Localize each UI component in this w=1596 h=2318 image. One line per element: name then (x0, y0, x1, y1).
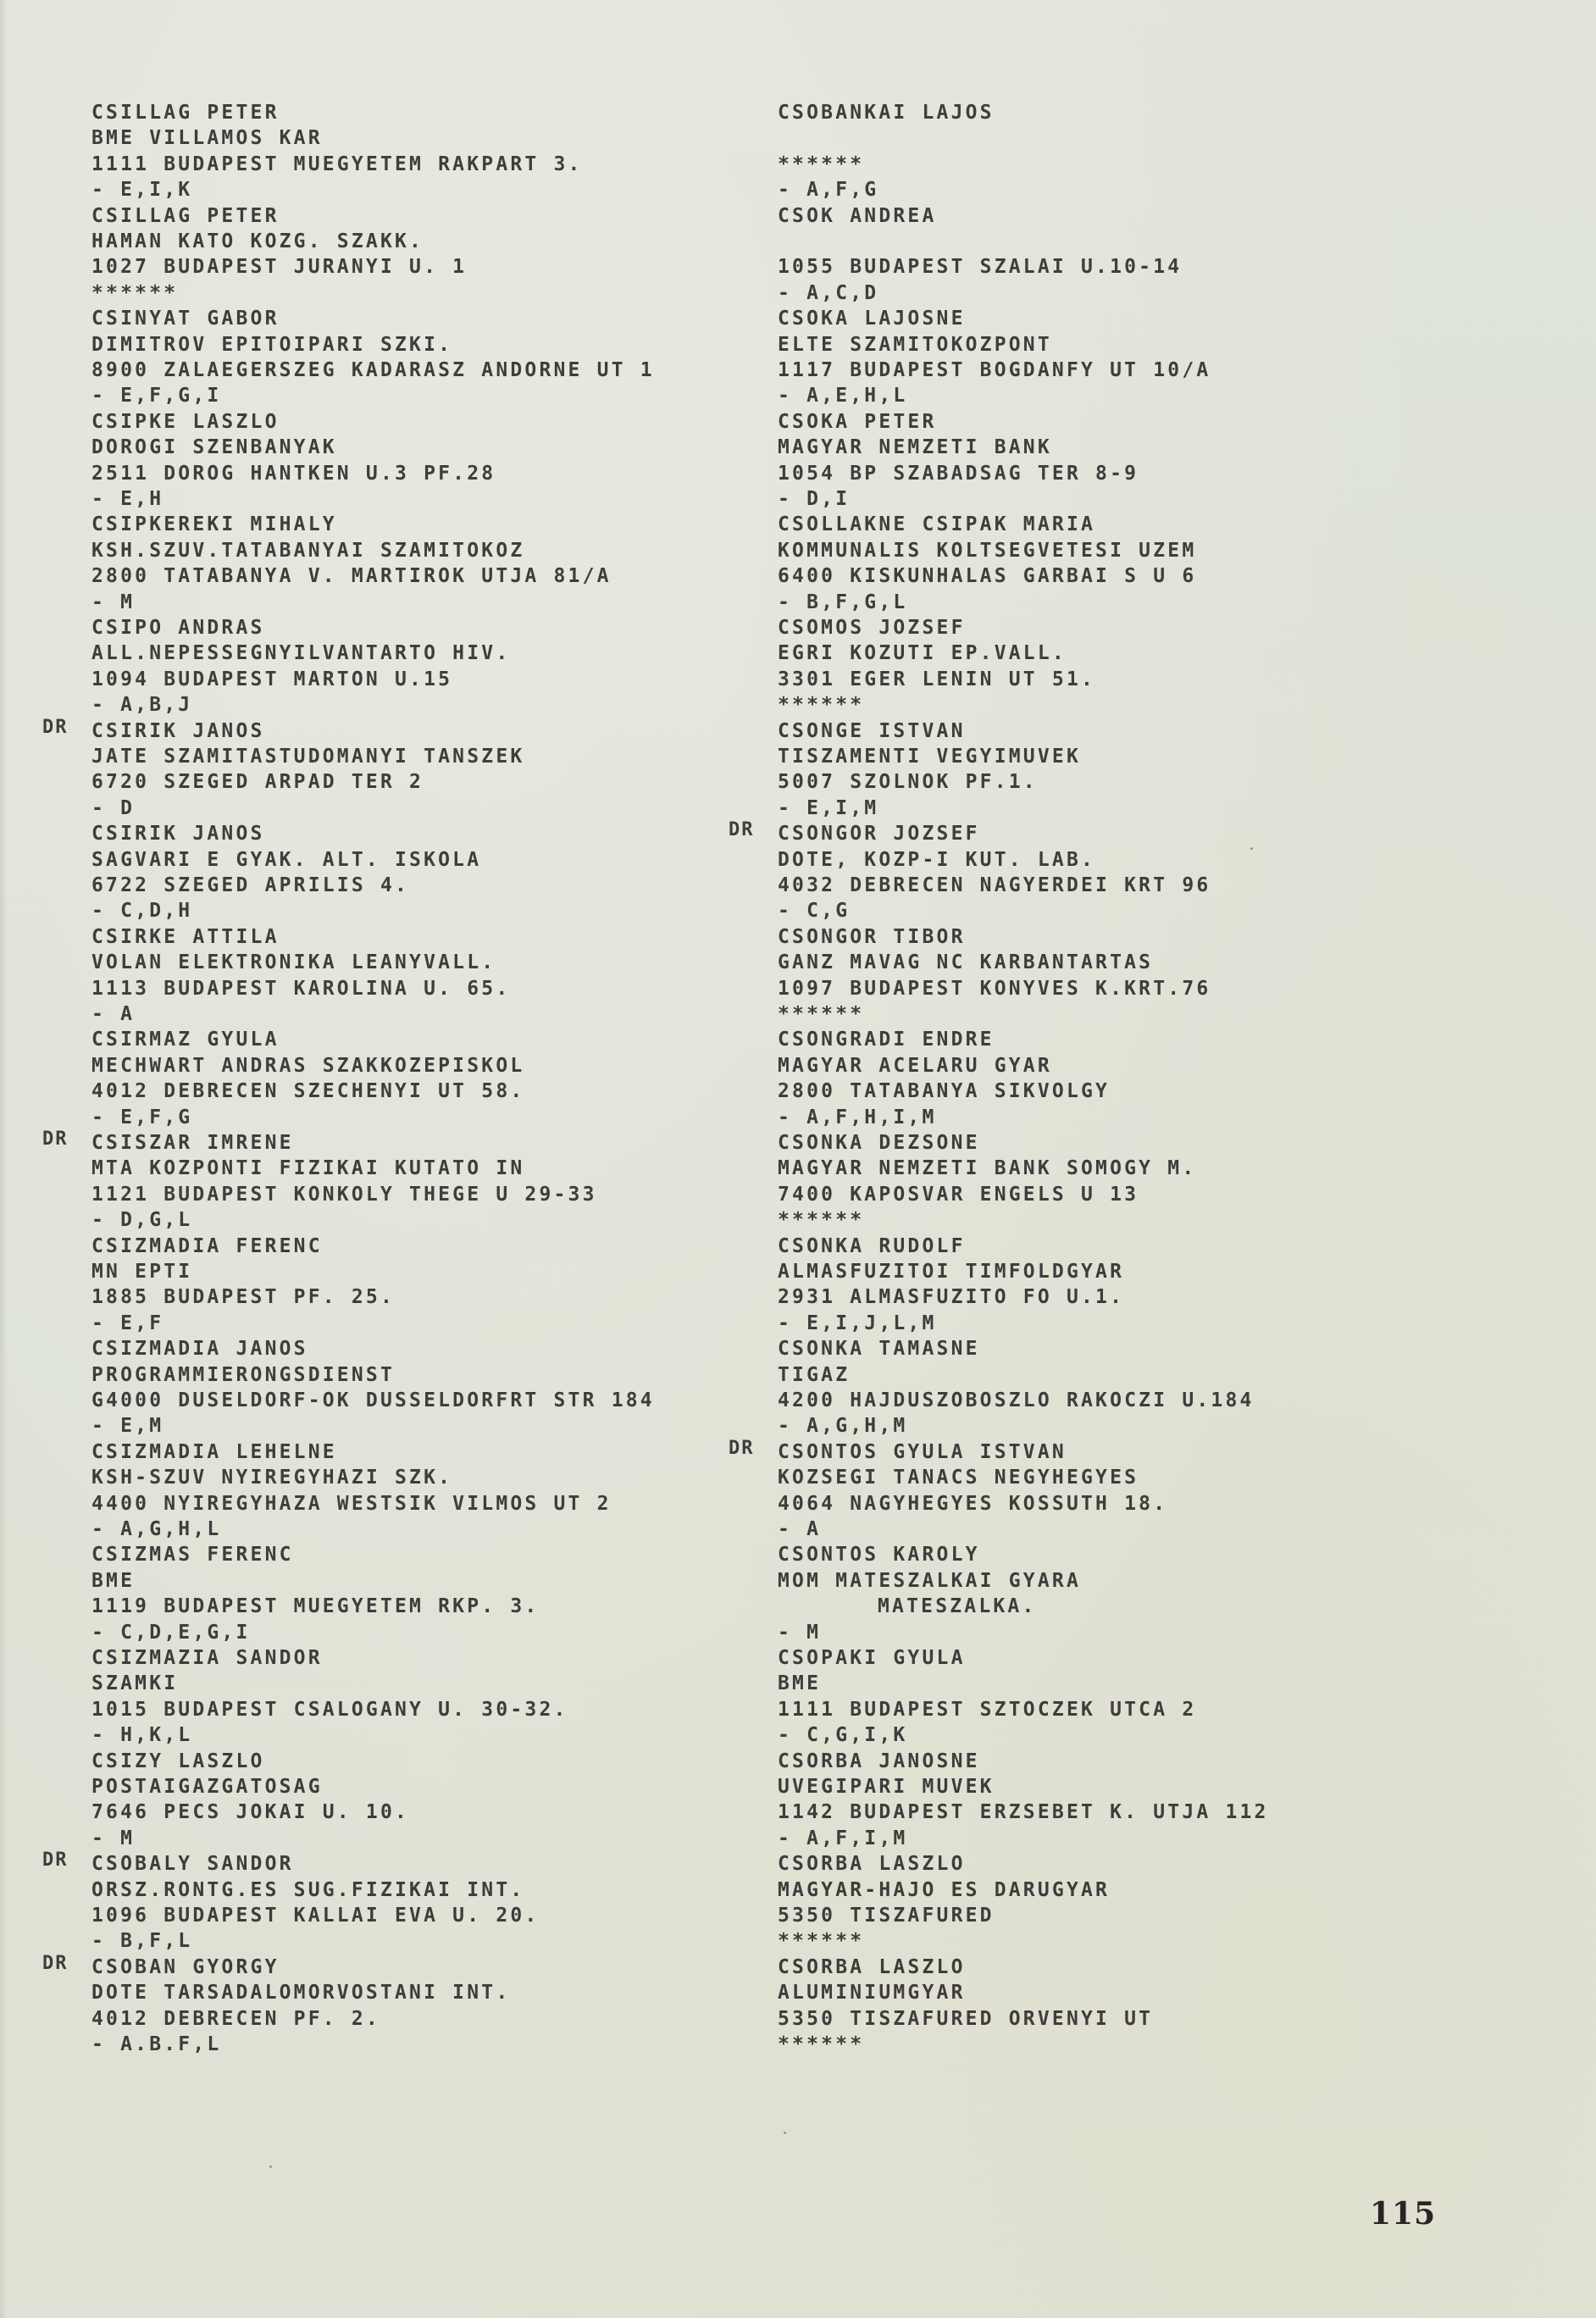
entry-text: 6400 KISKUNHALAS GARBAI S U 6 (778, 565, 1196, 587)
entry-text: CSIZMADIA JANOS (91, 1338, 308, 1360)
entry-line: SZAMKI (91, 1671, 178, 1696)
entry-text: - A,G,H,M (778, 1415, 907, 1437)
entry-line: 5350 TISZAFURED (778, 1903, 995, 1928)
entry-text: KOMMUNALIS KOLTSEGVETESI UZEM (778, 540, 1196, 562)
entry-text: CSOPAKI GYULA (778, 1647, 966, 1669)
entry-category-codes: - A,G,H,M (778, 1413, 907, 1439)
entry-text: TIGAZ (778, 1364, 850, 1386)
entry-text: - A.B.F,L (91, 2033, 221, 2055)
entry-category-codes: - E,I,J,L,M (778, 1311, 937, 1336)
entry-line: 1096 BUDAPEST KALLAI EVA U. 20. (91, 1903, 539, 1928)
entry-text: CSIRIK JANOS (91, 823, 265, 845)
entry-category-codes: - A,G,H,L (91, 1517, 221, 1542)
entry-text: ****** (778, 1930, 864, 1952)
entry-text: CSOBANKAI LAJOS (778, 102, 995, 124)
entry-text: MAGYAR-HAJO ES DARUGYAR (778, 1879, 1110, 1901)
entry-line: ALL.NEPESSEGNYILVANTARTO HIV. (91, 640, 510, 666)
entry-text: - D,G,L (91, 1209, 192, 1231)
entry-text: ****** (778, 694, 864, 716)
entry-text: DIMITROV EPITOIPARI SZKI. (91, 334, 452, 356)
entry-category-codes: - A,C,D (778, 280, 878, 306)
entry-line: CSONGOR TIBOR (778, 924, 966, 950)
entry-text: - H,K,L (91, 1724, 192, 1746)
entry-line: 1055 BUDAPEST SZALAI U.10-14 (778, 254, 1182, 280)
entry-line: BME VILLAMOS KAR (91, 125, 323, 151)
entry-line: CSORBA LASZLO (778, 1851, 966, 1877)
entry-line: ELTE SZAMITOKOZPONT (778, 332, 1052, 358)
entry-line: CSIZMADIA JANOS (91, 1336, 308, 1361)
entry-line: DRCSONGOR JOZSEF (778, 821, 980, 846)
entry-line: KOZSEGI TANACS NEGYHEGYES (778, 1465, 1139, 1490)
entry-line: CSONGE ISTVAN (778, 718, 966, 744)
entry-category-codes: - D,I (778, 486, 850, 512)
entry-text: - E,I,M (778, 797, 878, 819)
entry-text: 2931 ALMASFUZITO FO U.1. (778, 1286, 1124, 1308)
entry-text: CSONGOR JOZSEF (778, 823, 980, 845)
entry-line: CSONTOS KAROLY (778, 1542, 980, 1567)
entry-line: MAGYAR-HAJO ES DARUGYAR (778, 1877, 1110, 1903)
entry-text: ****** (778, 1003, 864, 1025)
entry-text: CSORBA JANOSNE (778, 1750, 980, 1772)
entry-line: KOMMUNALIS KOLTSEGVETESI UZEM (778, 538, 1196, 563)
entry-line: CSONKA TAMASNE (778, 1336, 980, 1361)
entry-text: 1015 BUDAPEST CSALOGANY U. 30-32. (91, 1699, 568, 1721)
entry-text: MTA KOZPONTI FIZIKAI KUTATO IN (91, 1157, 524, 1179)
entry-line: 7646 PECS JOKAI U. 10. (91, 1799, 409, 1825)
entry-line: DRCSIRIK JANOS (91, 718, 265, 744)
entry-category-codes: - C,D,H (91, 898, 192, 923)
entry-line: CSIPKEREKI MIHALY (91, 512, 337, 537)
title-prefix: DR (42, 1127, 69, 1152)
entry-text: 1096 BUDAPEST KALLAI EVA U. 20. (91, 1905, 539, 1927)
entry-text: - D (91, 797, 135, 819)
entry-text: G4000 DUSELDORF-OK DUSSELDORFRT STR 184 (91, 1389, 655, 1411)
entry-text: 1111 BUDAPEST MUEGYETEM RAKPART 3. (91, 153, 583, 175)
entry-category-codes: - A,F,H,I,M (778, 1105, 937, 1130)
entry-text: BME VILLAMOS KAR (91, 127, 323, 149)
entry-text: - A,G,H,L (91, 1518, 221, 1540)
entry-text: CSOBALY SANDOR (91, 1853, 294, 1875)
entry-text: - E,F,G,I (91, 385, 221, 407)
entry-line: CSILLAG PETER (91, 100, 280, 125)
entry-line: G4000 DUSELDORF-OK DUSSELDORFRT STR 184 (91, 1388, 655, 1413)
entry-line: PROGRAMMIERONGSDIENST (91, 1362, 395, 1388)
entry-separator: ****** (778, 1928, 864, 1954)
entry-text: - E,F,G (91, 1106, 192, 1128)
entry-line: MOM MATESZALKAI GYARA (778, 1568, 1081, 1594)
entry-text: CSOMOS JOZSEF (778, 617, 966, 639)
entry-text: ALUMINIUMGYAR (778, 1982, 966, 2004)
entry-text: - E,H (91, 488, 163, 510)
entry-text: CSOKA LAJOSNE (778, 308, 966, 330)
entry-category-codes: - A (778, 1517, 821, 1542)
entry-text: - B,F,G,L (778, 591, 907, 613)
entry-text: 8900 ZALAEGERSZEG KADARASZ ANDORNE UT 1 (91, 359, 655, 381)
entry-text: MAGYAR NEMZETI BANK SOMOGY M. (778, 1157, 1196, 1179)
entry-text: MATESZALKA. (878, 1595, 1037, 1617)
entry-text: DOTE TARSADALOMORVOSTANI INT. (91, 1982, 510, 2004)
entry-line: KSH-SZUV NYIREGYHAZI SZK. (91, 1465, 452, 1490)
entry-category-codes: - C,G,I,K (778, 1722, 907, 1748)
entry-text: 4064 NAGYHEGYES KOSSUTH 18. (778, 1493, 1167, 1515)
entry-text: CSONTOS KAROLY (778, 1544, 980, 1566)
entry-line: ALMASFUZITOI TIMFOLDGYAR (778, 1259, 1124, 1284)
entry-text: CSORBA LASZLO (778, 1853, 966, 1875)
entry-line: CSORBA JANOSNE (778, 1749, 980, 1774)
entry-line: 3301 EGER LENIN UT 51. (778, 667, 1095, 692)
page-number: 115 (1370, 2196, 1436, 2232)
entry-line: DRCSISZAR IMRENE (91, 1130, 294, 1156)
entry-line: EGRI KOZUTI EP.VALL. (778, 640, 1067, 666)
entry-category-codes: - D,G,L (91, 1207, 192, 1233)
entry-text: - A,F,H,I,M (778, 1106, 937, 1128)
entry-category-codes: - M (91, 1826, 135, 1851)
entry-line: DRCSOBALY SANDOR (91, 1851, 294, 1877)
page-binding-edge (0, 0, 7, 2318)
entry-category-codes: - E,I,K (91, 177, 192, 202)
entry-text: ALL.NEPESSEGNYILVANTARTO HIV. (91, 642, 510, 664)
entry-text: 4032 DEBRECEN NAGYERDEI KRT 96 (778, 874, 1211, 896)
entry-line: CSILLAG PETER (91, 203, 280, 229)
entry-text: 4012 DEBRECEN PF. 2. (91, 2008, 380, 2030)
entry-text: 1142 BUDAPEST ERZSEBET K. UTJA 112 (778, 1801, 1269, 1823)
title-prefix: DR (42, 1848, 69, 1873)
entry-text: CSONGOR TIBOR (778, 926, 966, 948)
entry-text: 1027 BUDAPEST JURANYI U. 1 (91, 256, 467, 278)
entry-category-codes: - M (778, 1620, 821, 1645)
entry-text: - A (778, 1518, 821, 1540)
entry-text: - A,F,G (778, 179, 878, 201)
entry-text: CSIRIK JANOS (91, 720, 265, 742)
entry-text: 1094 BUDAPEST MARTON U.15 (91, 668, 452, 690)
entry-line: 6720 SZEGED ARPAD TER 2 (91, 769, 424, 795)
entry-text: CSINYAT GABOR (91, 308, 280, 330)
entry-line: MAGYAR NEMZETI BANK (778, 435, 1052, 460)
entry-text: MOM MATESZALKAI GYARA (778, 1570, 1081, 1592)
entry-line: TIGAZ (778, 1362, 850, 1388)
entry-line: MATESZALKA. (778, 1594, 1037, 1619)
entry-text: CSIPKE LASZLO (91, 411, 280, 433)
title-prefix: DR (729, 1436, 755, 1461)
entry-text: 2800 TATABANYA SIKVOLGY (778, 1080, 1110, 1102)
entry-text: CSIPKEREKI MIHALY (91, 513, 337, 535)
scanned-directory-page: CSILLAG PETERBME VILLAMOS KAR1111 BUDAPE… (0, 0, 1596, 2318)
entry-text: SAGVARI E GYAK. ALT. ISKOLA (91, 849, 481, 871)
entry-line: CSOPAKI GYULA (778, 1645, 966, 1671)
entry-category-codes: - C,G (778, 898, 850, 923)
entry-text: DOROGI SZENBANYAK (91, 436, 337, 458)
entry-text: ****** (778, 2033, 864, 2055)
entry-separator: ****** (778, 1207, 864, 1233)
entry-text: - E,F (91, 1312, 163, 1334)
entry-line: POSTAIGAZGATOSAG (91, 1774, 323, 1799)
title-prefix: DR (729, 818, 755, 843)
entry-line: CSINYAT GABOR (91, 306, 280, 331)
entry-line: CSONKA RUDOLF (778, 1234, 966, 1259)
entry-text: - A,C,D (778, 282, 878, 304)
entry-line: CSONKA DEZSONE (778, 1130, 980, 1156)
entry-line: 4064 NAGYHEGYES KOSSUTH 18. (778, 1491, 1167, 1517)
entry-text: EGRI KOZUTI EP.VALL. (778, 642, 1067, 664)
entry-text: 5350 TISZAFURED (778, 1905, 995, 1927)
entry-line: ALUMINIUMGYAR (778, 1980, 966, 2005)
entry-line: CSIRKE ATTILA (91, 924, 280, 950)
entry-text: - D,I (778, 488, 850, 510)
entry-line: TISZAMENTI VEGYIMUVEK (778, 744, 1081, 769)
entry-line: ORSZ.RONTG.ES SUG.FIZIKAI INT. (91, 1877, 524, 1903)
entry-line: DRCSONTOS GYULA ISTVAN (778, 1439, 1067, 1465)
entry-category-codes: - B,F,L (91, 1928, 192, 1954)
entry-text: 4012 DEBRECEN SZECHENYI UT 58. (91, 1080, 524, 1102)
entry-line: 1027 BUDAPEST JURANYI U. 1 (91, 254, 467, 280)
entry-text: - C,G,I,K (778, 1724, 907, 1746)
entry-category-codes: - A,F,I,M (778, 1826, 907, 1851)
entry-text: ORSZ.RONTG.ES SUG.FIZIKAI INT. (91, 1879, 524, 1901)
entry-line: 1097 BUDAPEST KONYVES K.KRT.76 (778, 976, 1211, 1001)
entry-line: 2511 DOROG HANTKEN U.3 PF.28 (91, 461, 496, 486)
entry-text: 1121 BUDAPEST KONKOLY THEGE U 29-33 (91, 1184, 597, 1206)
entry-category-codes: - M (91, 590, 135, 615)
entry-line: 4032 DEBRECEN NAGYERDEI KRT 96 (778, 873, 1211, 898)
entry-line: 2931 ALMASFUZITO FO U.1. (778, 1284, 1124, 1310)
entry-text: VOLAN ELEKTRONIKA LEANYVALL. (91, 951, 496, 973)
entry-category-codes: - E,I,M (778, 796, 878, 821)
entry-line: 2800 TATABANYA SIKVOLGY (778, 1079, 1110, 1104)
entry-category-codes: - H,K,L (91, 1722, 192, 1748)
entry-line: 1054 BP SZABADSAG TER 8-9 (778, 461, 1139, 486)
entry-line: CSOKA PETER (778, 409, 937, 435)
entry-category-codes: - A,B,J (91, 692, 192, 718)
entry-text: CSILLAG PETER (91, 102, 280, 124)
entry-text: 4200 HAJDUSZOBOSZLO RAKOCZI U.184 (778, 1389, 1255, 1411)
entry-text: 1885 BUDAPEST PF. 25. (91, 1286, 395, 1308)
entry-text: ELTE SZAMITOKOZPONT (778, 334, 1052, 356)
entry-text: - B,F,L (91, 1930, 192, 1952)
entry-text: JATE SZAMITASTUDOMANYI TANSZEK (91, 746, 524, 768)
entry-separator: ****** (778, 152, 864, 177)
entry-line: CSOK ANDREA (778, 203, 937, 229)
entry-text: PROGRAMMIERONGSDIENST (91, 1364, 395, 1386)
entry-line: 1885 BUDAPEST PF. 25. (91, 1284, 395, 1310)
entry-text: 5350 TISZAFURED ORVENYI UT (778, 2008, 1153, 2030)
entry-line: CSIPKE LASZLO (91, 409, 280, 435)
entry-category-codes: - E,H (91, 486, 163, 512)
entry-line: CSIZY LASZLO (91, 1749, 265, 1774)
entry-separator: ****** (778, 2032, 864, 2057)
entry-text: - C,G (778, 900, 850, 922)
entry-text: 1111 BUDAPEST SZTOCZEK UTCA 2 (778, 1699, 1196, 1721)
title-prefix: DR (42, 1951, 69, 1977)
entry-text: GANZ MAVAG NC KARBANTARTAS (778, 951, 1153, 973)
entry-line: 1142 BUDAPEST ERZSEBET K. UTJA 112 (778, 1799, 1269, 1825)
entry-line: MN EPTI (91, 1259, 192, 1284)
entry-separator: ****** (778, 1001, 864, 1027)
entry-category-codes: - E,F (91, 1311, 163, 1336)
entry-text: 6720 SZEGED ARPAD TER 2 (91, 771, 424, 793)
entry-text: CSIPO ANDRAS (91, 617, 265, 639)
entry-line: DIMITROV EPITOIPARI SZKI. (91, 332, 452, 358)
entry-line: CSONGRADI ENDRE (778, 1027, 995, 1052)
entry-line: 1111 BUDAPEST SZTOCZEK UTCA 2 (778, 1697, 1196, 1722)
entry-separator: ****** (91, 280, 178, 306)
paper-speck (269, 2165, 272, 2168)
entry-text: CSOBAN GYORGY (91, 1956, 280, 1978)
entry-line: CSOKA LAJOSNE (778, 306, 966, 331)
entry-line: CSORBA LASZLO (778, 1955, 966, 1980)
entry-text: MECHWART ANDRAS SZAKKOZEPISKOL (91, 1055, 524, 1077)
entry-text: CSIZMAZIA SANDOR (91, 1647, 323, 1669)
entry-line: DOTE TARSADALOMORVOSTANI INT. (91, 1980, 510, 2005)
entry-text: MAGYAR NEMZETI BANK (778, 436, 1052, 458)
paper-speck (784, 2132, 786, 2134)
entry-text: - E,I,J,L,M (778, 1312, 937, 1334)
entry-category-codes: - A,F,G (778, 177, 878, 202)
entry-text: 6722 SZEGED APRILIS 4. (91, 874, 409, 896)
entry-line: CSIRMAZ GYULA (91, 1027, 280, 1052)
entry-line: CSIZMAS FERENC (91, 1542, 294, 1567)
entry-text: 3301 EGER LENIN UT 51. (778, 668, 1095, 690)
entry-text: SZAMKI (91, 1672, 178, 1694)
entry-text: 1113 BUDAPEST KAROLINA U. 65. (91, 978, 510, 1000)
entry-text: 2800 TATABANYA V. MARTIROK UTJA 81/A (91, 565, 612, 587)
entry-text: - C,D,H (91, 900, 192, 922)
entry-category-codes: - E,F,G,I (91, 383, 221, 408)
entry-line: DOTE, KOZP-I KUT. LAB. (778, 847, 1095, 873)
entry-text: 4400 NYIREGYHAZA WESTSIK VILMOS UT 2 (91, 1493, 612, 1515)
entry-text: - A,E,H,L (778, 385, 907, 407)
entry-line: CSIZMADIA FERENC (91, 1234, 323, 1259)
entry-line: 1117 BUDAPEST BOGDANFY UT 10/A (778, 358, 1211, 383)
entry-text: 7646 PECS JOKAI U. 10. (91, 1801, 409, 1823)
entry-text: CSOKA PETER (778, 411, 937, 433)
entry-line: 6400 KISKUNHALAS GARBAI S U 6 (778, 563, 1196, 589)
entry-line: SAGVARI E GYAK. ALT. ISKOLA (91, 847, 481, 873)
entry-line: BME (778, 1671, 821, 1696)
entry-text: CSONGRADI ENDRE (778, 1029, 995, 1051)
entry-line: 1015 BUDAPEST CSALOGANY U. 30-32. (91, 1697, 568, 1722)
title-prefix: DR (42, 715, 69, 740)
entry-text: MAGYAR ACELARU GYAR (778, 1055, 1052, 1077)
entry-category-codes: - A,E,H,L (778, 383, 907, 408)
entry-line: UVEGIPARI MUVEK (778, 1774, 995, 1799)
entry-line: CSIRIK JANOS (91, 821, 265, 846)
entry-line: GANZ MAVAG NC KARBANTARTAS (778, 950, 1153, 975)
entry-text: 1117 BUDAPEST BOGDANFY UT 10/A (778, 359, 1211, 381)
entry-text: CSIZMADIA LEHELNE (91, 1441, 337, 1463)
entry-text: - A,B,J (91, 694, 192, 716)
entry-text: 7400 KAPOSVAR ENGELS U 13 (778, 1184, 1139, 1206)
paper-speck (1250, 847, 1253, 850)
entry-text: CSONKA TAMASNE (778, 1338, 980, 1360)
entry-text: - E,I,K (91, 179, 192, 201)
entry-line: MTA KOZPONTI FIZIKAI KUTATO IN (91, 1156, 524, 1181)
entry-line: 6722 SZEGED APRILIS 4. (91, 873, 409, 898)
entry-line: BME (91, 1568, 135, 1594)
entry-text: POSTAIGAZGATOSAG (91, 1776, 323, 1798)
entry-line: DOROGI SZENBANYAK (91, 435, 337, 460)
entry-line: 4012 DEBRECEN SZECHENYI UT 58. (91, 1079, 524, 1104)
entry-text: ****** (778, 153, 864, 175)
entry-text: BME (778, 1672, 821, 1694)
entry-line: CSOLLAKNE CSIPAK MARIA (778, 512, 1095, 537)
entry-text: KSH.SZUV.TATABANYAI SZAMITOKOZ (91, 540, 524, 562)
entry-text: - A (91, 1003, 135, 1025)
entry-line: MECHWART ANDRAS SZAKKOZEPISKOL (91, 1053, 524, 1079)
entry-line: JATE SZAMITASTUDOMANYI TANSZEK (91, 744, 524, 769)
entry-line: HAMAN KATO KOZG. SZAKK. (91, 229, 424, 254)
entry-text: - E,M (91, 1415, 163, 1437)
entry-line: MAGYAR ACELARU GYAR (778, 1053, 1052, 1079)
entry-text: ****** (778, 1209, 864, 1231)
entry-text: ****** (91, 282, 178, 304)
entry-text: 1054 BP SZABADSAG TER 8-9 (778, 463, 1139, 485)
entry-text: CSIZMAS FERENC (91, 1544, 294, 1566)
entry-line: 1121 BUDAPEST KONKOLY THEGE U 29-33 (91, 1182, 597, 1207)
entry-text: CSIRMAZ GYULA (91, 1029, 280, 1051)
entry-text: TISZAMENTI VEGYIMUVEK (778, 746, 1081, 768)
entry-text: 2511 DOROG HANTKEN U.3 PF.28 (91, 463, 496, 485)
entry-line: VOLAN ELEKTRONIKA LEANYVALL. (91, 950, 496, 975)
entry-text: HAMAN KATO KOZG. SZAKK. (91, 230, 424, 252)
entry-line: 4200 HAJDUSZOBOSZLO RAKOCZI U.184 (778, 1388, 1255, 1413)
entry-category-codes: - A (91, 1001, 135, 1027)
entry-text: CSIZMADIA FERENC (91, 1235, 323, 1257)
entry-text: BME (91, 1570, 135, 1592)
entry-line: 7400 KAPOSVAR ENGELS U 13 (778, 1182, 1139, 1207)
entry-text: CSONKA DEZSONE (778, 1132, 980, 1154)
entry-line: KSH.SZUV.TATABANYAI SZAMITOKOZ (91, 538, 524, 563)
entry-text: CSONGE ISTVAN (778, 720, 966, 742)
entry-line: CSIZMAZIA SANDOR (91, 1645, 323, 1671)
entry-line: 1094 BUDAPEST MARTON U.15 (91, 667, 452, 692)
entry-category-codes: - C,D,E,G,I (91, 1620, 251, 1645)
entry-text: - C,D,E,G,I (91, 1622, 251, 1644)
entry-text: 5007 SZOLNOK PF.1. (778, 771, 1038, 793)
entry-line: CSOBANKAI LAJOS (778, 100, 995, 125)
entry-line: CSIPO ANDRAS (91, 615, 265, 640)
entry-line: DRCSOBAN GYORGY (91, 1955, 280, 1980)
entry-category-codes: - E,M (91, 1413, 163, 1439)
entry-line: 1111 BUDAPEST MUEGYETEM RAKPART 3. (91, 152, 583, 177)
entry-line: 5350 TISZAFURED ORVENYI UT (778, 2006, 1153, 2032)
entry-text: KOZSEGI TANACS NEGYHEGYES (778, 1467, 1139, 1489)
entry-text: CSOLLAKNE CSIPAK MARIA (778, 513, 1095, 535)
entry-text: 1119 BUDAPEST MUEGYETEM RKP. 3. (91, 1595, 539, 1617)
entry-text: CSORBA LASZLO (778, 1956, 966, 1978)
entry-category-codes: - A.B.F,L (91, 2032, 221, 2057)
entry-line: 4012 DEBRECEN PF. 2. (91, 2006, 380, 2032)
entry-text: KSH-SZUV NYIREGYHAZI SZK. (91, 1467, 452, 1489)
entry-text: DOTE, KOZP-I KUT. LAB. (778, 849, 1095, 871)
entry-text: - A,F,I,M (778, 1827, 907, 1849)
entry-line: MAGYAR NEMZETI BANK SOMOGY M. (778, 1156, 1196, 1181)
entry-text: CSIRKE ATTILA (91, 926, 280, 948)
entry-line: CSOMOS JOZSEF (778, 615, 966, 640)
entry-line: 2800 TATABANYA V. MARTIROK UTJA 81/A (91, 563, 612, 589)
entry-category-codes: - E,F,G (91, 1105, 192, 1130)
entry-text: CSONKA RUDOLF (778, 1235, 966, 1257)
entry-text: MN EPTI (91, 1261, 192, 1283)
entry-text: 1055 BUDAPEST SZALAI U.10-14 (778, 256, 1182, 278)
entry-text: 1097 BUDAPEST KONYVES K.KRT.76 (778, 978, 1211, 1000)
entry-line: 1119 BUDAPEST MUEGYETEM RKP. 3. (91, 1594, 539, 1619)
entry-category-codes: - B,F,G,L (778, 590, 907, 615)
entry-text: - M (91, 591, 135, 613)
entry-line: 4400 NYIREGYHAZA WESTSIK VILMOS UT 2 (91, 1491, 612, 1517)
entry-text: - M (91, 1827, 135, 1849)
entry-line: 8900 ZALAEGERSZEG KADARASZ ANDORNE UT 1 (91, 358, 655, 383)
entry-text: CSILLAG PETER (91, 205, 280, 227)
